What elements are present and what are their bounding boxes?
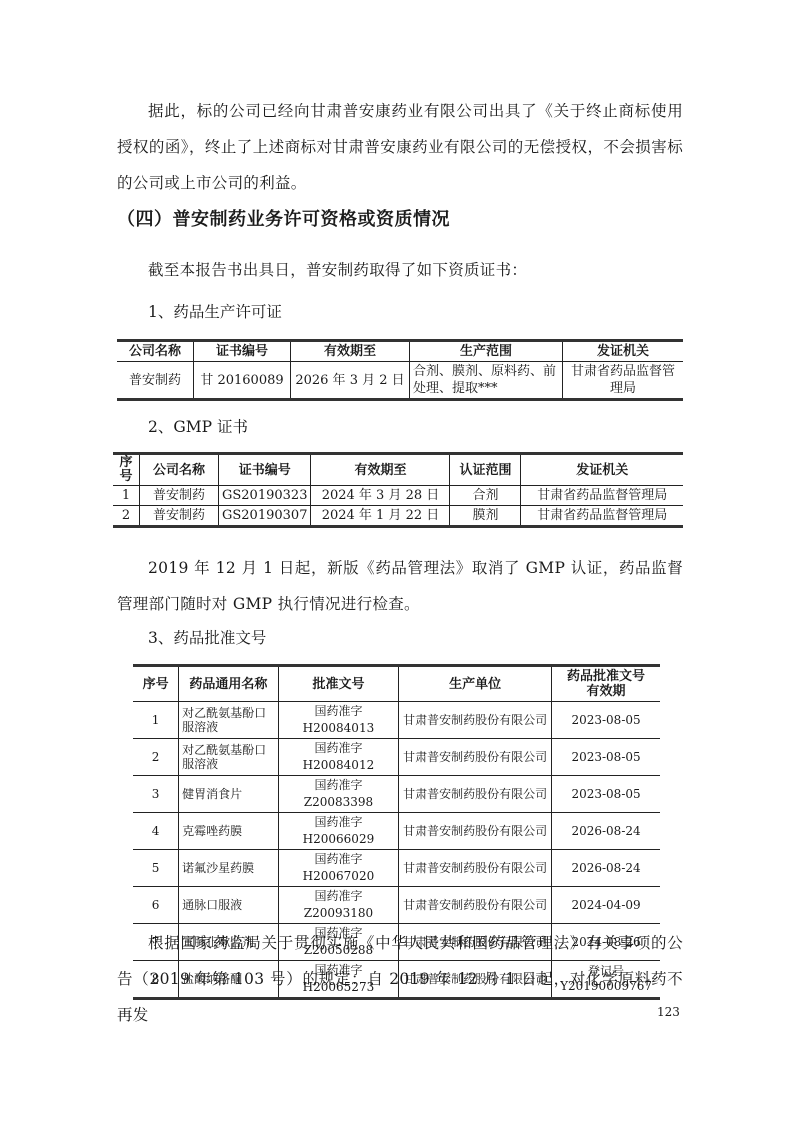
- cell: 甘肃普安制药股份有限公司: [399, 702, 552, 739]
- table-row: 1 普安制药 GS20190323 2024 年 3 月 28 日 合剂 甘肃省…: [113, 486, 683, 506]
- cell: 国药准字 H20084013: [278, 702, 399, 739]
- header-cell: 有效期至: [311, 454, 450, 486]
- table-header-row: 序号 公司名称 证书编号 有效期至 认证范围 发证机关: [113, 454, 683, 486]
- cell: 合剂: [450, 486, 521, 506]
- subheading-drug-approval: 3、药品批准文号: [148, 626, 266, 648]
- cell: 国药准字 H20084012: [278, 739, 399, 776]
- cell: 诺氟沙星药膜: [179, 850, 278, 887]
- header-cell: 证书编号: [219, 454, 311, 486]
- cell: 2023-08-05: [552, 739, 660, 776]
- cell: 甘肃省药品监督管理局: [521, 506, 683, 527]
- paragraph-gmp-abolished: 2019 年 12 月 1 日起，新版《药品管理法》取消了 GMP 认证，药品监…: [117, 550, 683, 622]
- cell: 合剂、膜剂、原料药、前处理、提取***: [410, 362, 563, 400]
- cell: 甘肃普安制药股份有限公司: [399, 813, 552, 850]
- gmp-certificate-table: 序号 公司名称 证书编号 有效期至 认证范围 发证机关 1 普安制药 GS201…: [113, 452, 683, 528]
- paragraph-nmpa-announcement: 根据国家药监局关于贯彻实施《中华人民共和国药品管理法》有关事项的公告（2019 …: [117, 925, 683, 1033]
- cell: 国药准字 Z20083398: [278, 776, 399, 813]
- cell: 国药准字 Z20093180: [278, 887, 399, 924]
- cell: 2024-04-09: [552, 887, 660, 924]
- cell: 2024 年 3 月 28 日: [311, 486, 450, 506]
- cell: 6: [133, 887, 179, 924]
- table-row: 5 诺氟沙星药膜 国药准字 H20067020 甘肃普安制药股份有限公司 202…: [133, 850, 660, 887]
- table-row: 3 健胃消食片 国药准字 Z20083398 甘肃普安制药股份有限公司 2023…: [133, 776, 660, 813]
- cell: 2026-08-24: [552, 850, 660, 887]
- cell: GS20190307: [219, 506, 311, 527]
- cell: 5: [133, 850, 179, 887]
- header-cell: 药品批准文号有效期: [552, 666, 660, 702]
- cell: 2023-08-05: [552, 702, 660, 739]
- cell: 国药准字 H20066029: [278, 813, 399, 850]
- table-header-row: 序号 药品通用名称 批准文号 生产单位 药品批准文号有效期: [133, 666, 660, 702]
- cell: 甘肃普安制药股份有限公司: [399, 739, 552, 776]
- table-row: 2 对乙酰氨基酚口服溶液 国药准字 H20084012 甘肃普安制药股份有限公司…: [133, 739, 660, 776]
- header-cell: 生产单位: [399, 666, 552, 702]
- cell: 甘肃省药品监督管理局: [563, 362, 684, 400]
- cell: 4: [133, 813, 179, 850]
- header-cell: 生产范围: [410, 341, 563, 362]
- header-cell: 发证机关: [521, 454, 683, 486]
- paragraph-intro-certificates: 截至本报告书出具日，普安制药取得了如下资质证书：: [117, 252, 683, 288]
- header-cell: 批准文号: [278, 666, 399, 702]
- header-cell: 证书编号: [194, 341, 291, 362]
- cell: 普安制药: [140, 486, 219, 506]
- cell: GS20190323: [219, 486, 311, 506]
- table-row: 2 普安制药 GS20190307 2024 年 1 月 22 日 膜剂 甘肃省…: [113, 506, 683, 527]
- header-cell: 序号: [133, 666, 179, 702]
- cell: 甘 20160089: [194, 362, 291, 400]
- cell: 2: [133, 739, 179, 776]
- header-cell: 序号: [113, 454, 140, 486]
- subheading-production-license: 1、药品生产许可证: [148, 300, 282, 322]
- cell: 甘肃普安制药股份有限公司: [399, 887, 552, 924]
- header-cell: 公司名称: [140, 454, 219, 486]
- cell: 2026-08-24: [552, 813, 660, 850]
- cell: 膜剂: [450, 506, 521, 527]
- cell: 1: [113, 486, 140, 506]
- section-heading: （四）普安制药业务许可资格或资质情况: [117, 205, 450, 231]
- table-row: 6 通脉口服液 国药准字 Z20093180 甘肃普安制药股份有限公司 2024…: [133, 887, 660, 924]
- page-number: 123: [657, 1005, 680, 1019]
- header-cell: 有效期至: [291, 341, 410, 362]
- cell: 2: [113, 506, 140, 527]
- cell: 克霉唑药膜: [179, 813, 278, 850]
- cell: 2024 年 1 月 22 日: [311, 506, 450, 527]
- cell: 甘肃普安制药股份有限公司: [399, 850, 552, 887]
- header-cell: 发证机关: [563, 341, 684, 362]
- table-header-row: 公司名称 证书编号 有效期至 生产范围 发证机关: [117, 341, 683, 362]
- table-row: 4 克霉唑药膜 国药准字 H20066029 甘肃普安制药股份有限公司 2026…: [133, 813, 660, 850]
- cell: 普安制药: [140, 506, 219, 527]
- cell: 甘肃普安制药股份有限公司: [399, 776, 552, 813]
- paragraph-trademark-termination: 据此，标的公司已经向甘肃普安康药业有限公司出具了《关于终止商标使用授权的函》，终…: [117, 93, 683, 201]
- table-row: 普安制药 甘 20160089 2026 年 3 月 2 日 合剂、膜剂、原料药…: [117, 362, 683, 400]
- cell: 对乙酰氨基酚口服溶液: [179, 702, 278, 739]
- cell: 对乙酰氨基酚口服溶液: [179, 739, 278, 776]
- production-license-table: 公司名称 证书编号 有效期至 生产范围 发证机关 普安制药 甘 20160089…: [117, 339, 683, 401]
- cell: 普安制药: [117, 362, 194, 400]
- subheading-gmp: 2、GMP 证书: [148, 415, 248, 437]
- cell: 通脉口服液: [179, 887, 278, 924]
- cell: 甘肃省药品监督管理局: [521, 486, 683, 506]
- cell: 国药准字 H20067020: [278, 850, 399, 887]
- cell: 3: [133, 776, 179, 813]
- cell: 健胃消食片: [179, 776, 278, 813]
- header-cell: 药品通用名称: [179, 666, 278, 702]
- cell: 2026 年 3 月 2 日: [291, 362, 410, 400]
- cell: 2023-08-05: [552, 776, 660, 813]
- table-row: 1 对乙酰氨基酚口服溶液 国药准字 H20084013 甘肃普安制药股份有限公司…: [133, 702, 660, 739]
- header-cell: 认证范围: [450, 454, 521, 486]
- header-cell: 公司名称: [117, 341, 194, 362]
- cell: 1: [133, 702, 179, 739]
